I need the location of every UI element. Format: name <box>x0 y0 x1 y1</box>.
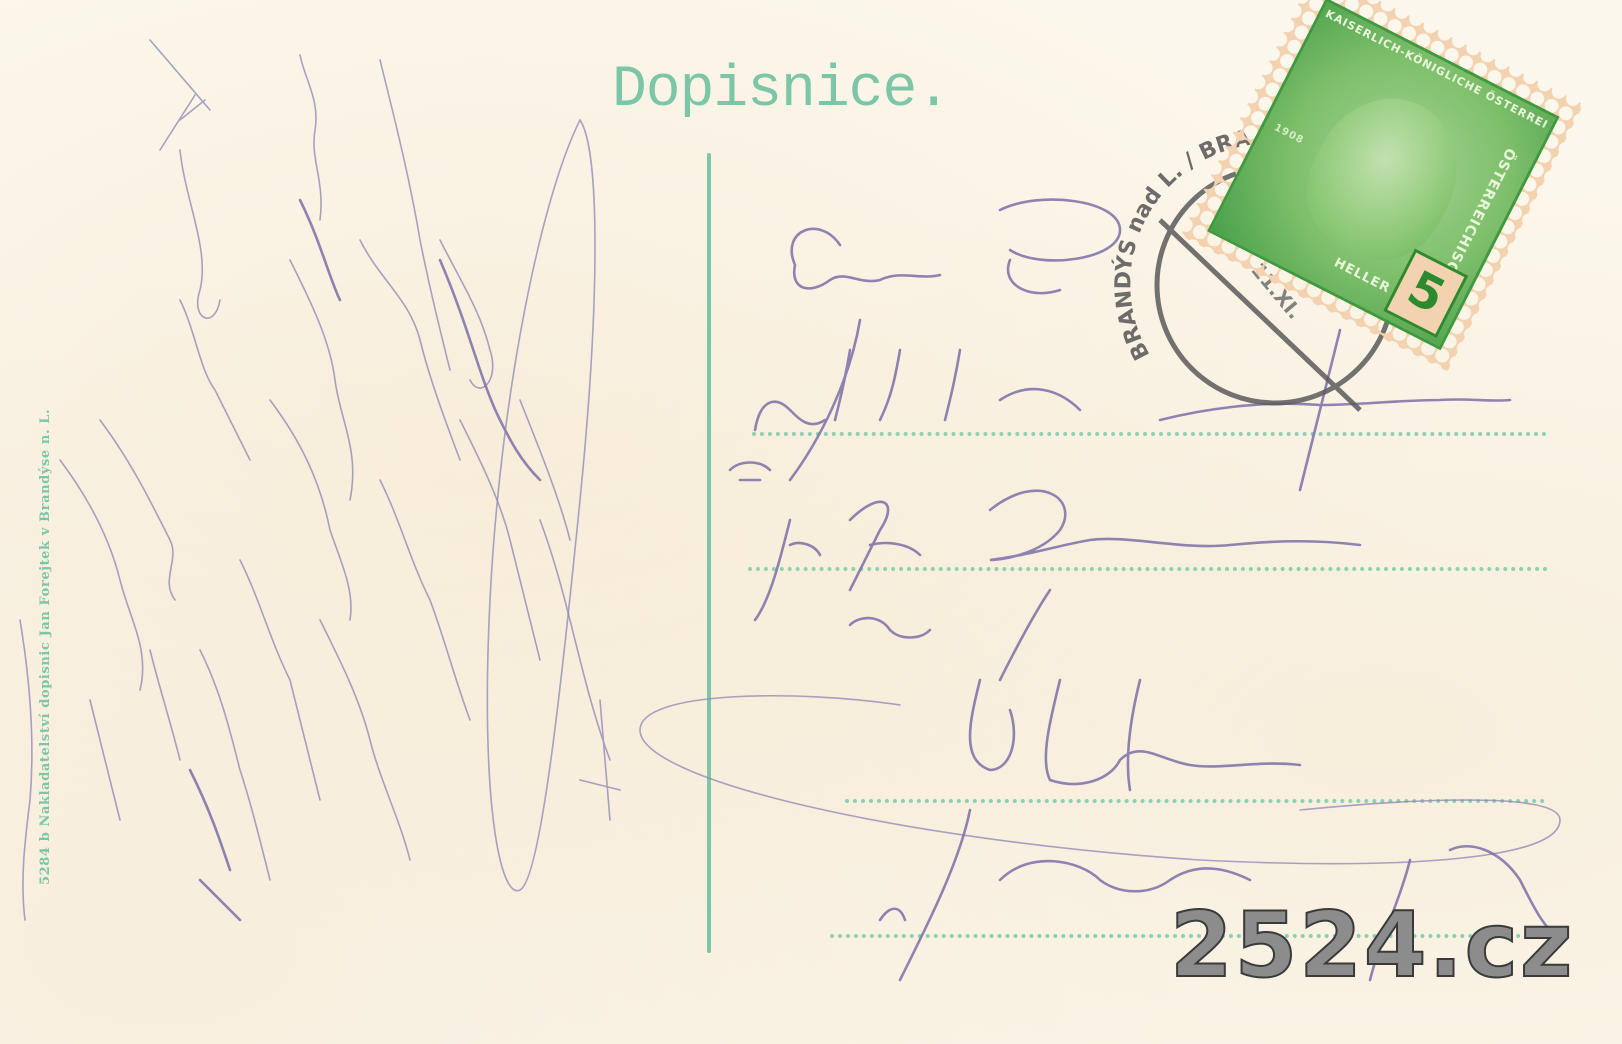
site-watermark: 2524.cz <box>1170 893 1574 998</box>
message-handwriting <box>20 40 620 920</box>
stamp-year: 1908 <box>1272 122 1305 146</box>
postcard: Dopisnice. 5284 b Nakladatelství dopisni… <box>0 0 1622 1044</box>
stamp-currency: HELLER <box>1331 255 1392 296</box>
